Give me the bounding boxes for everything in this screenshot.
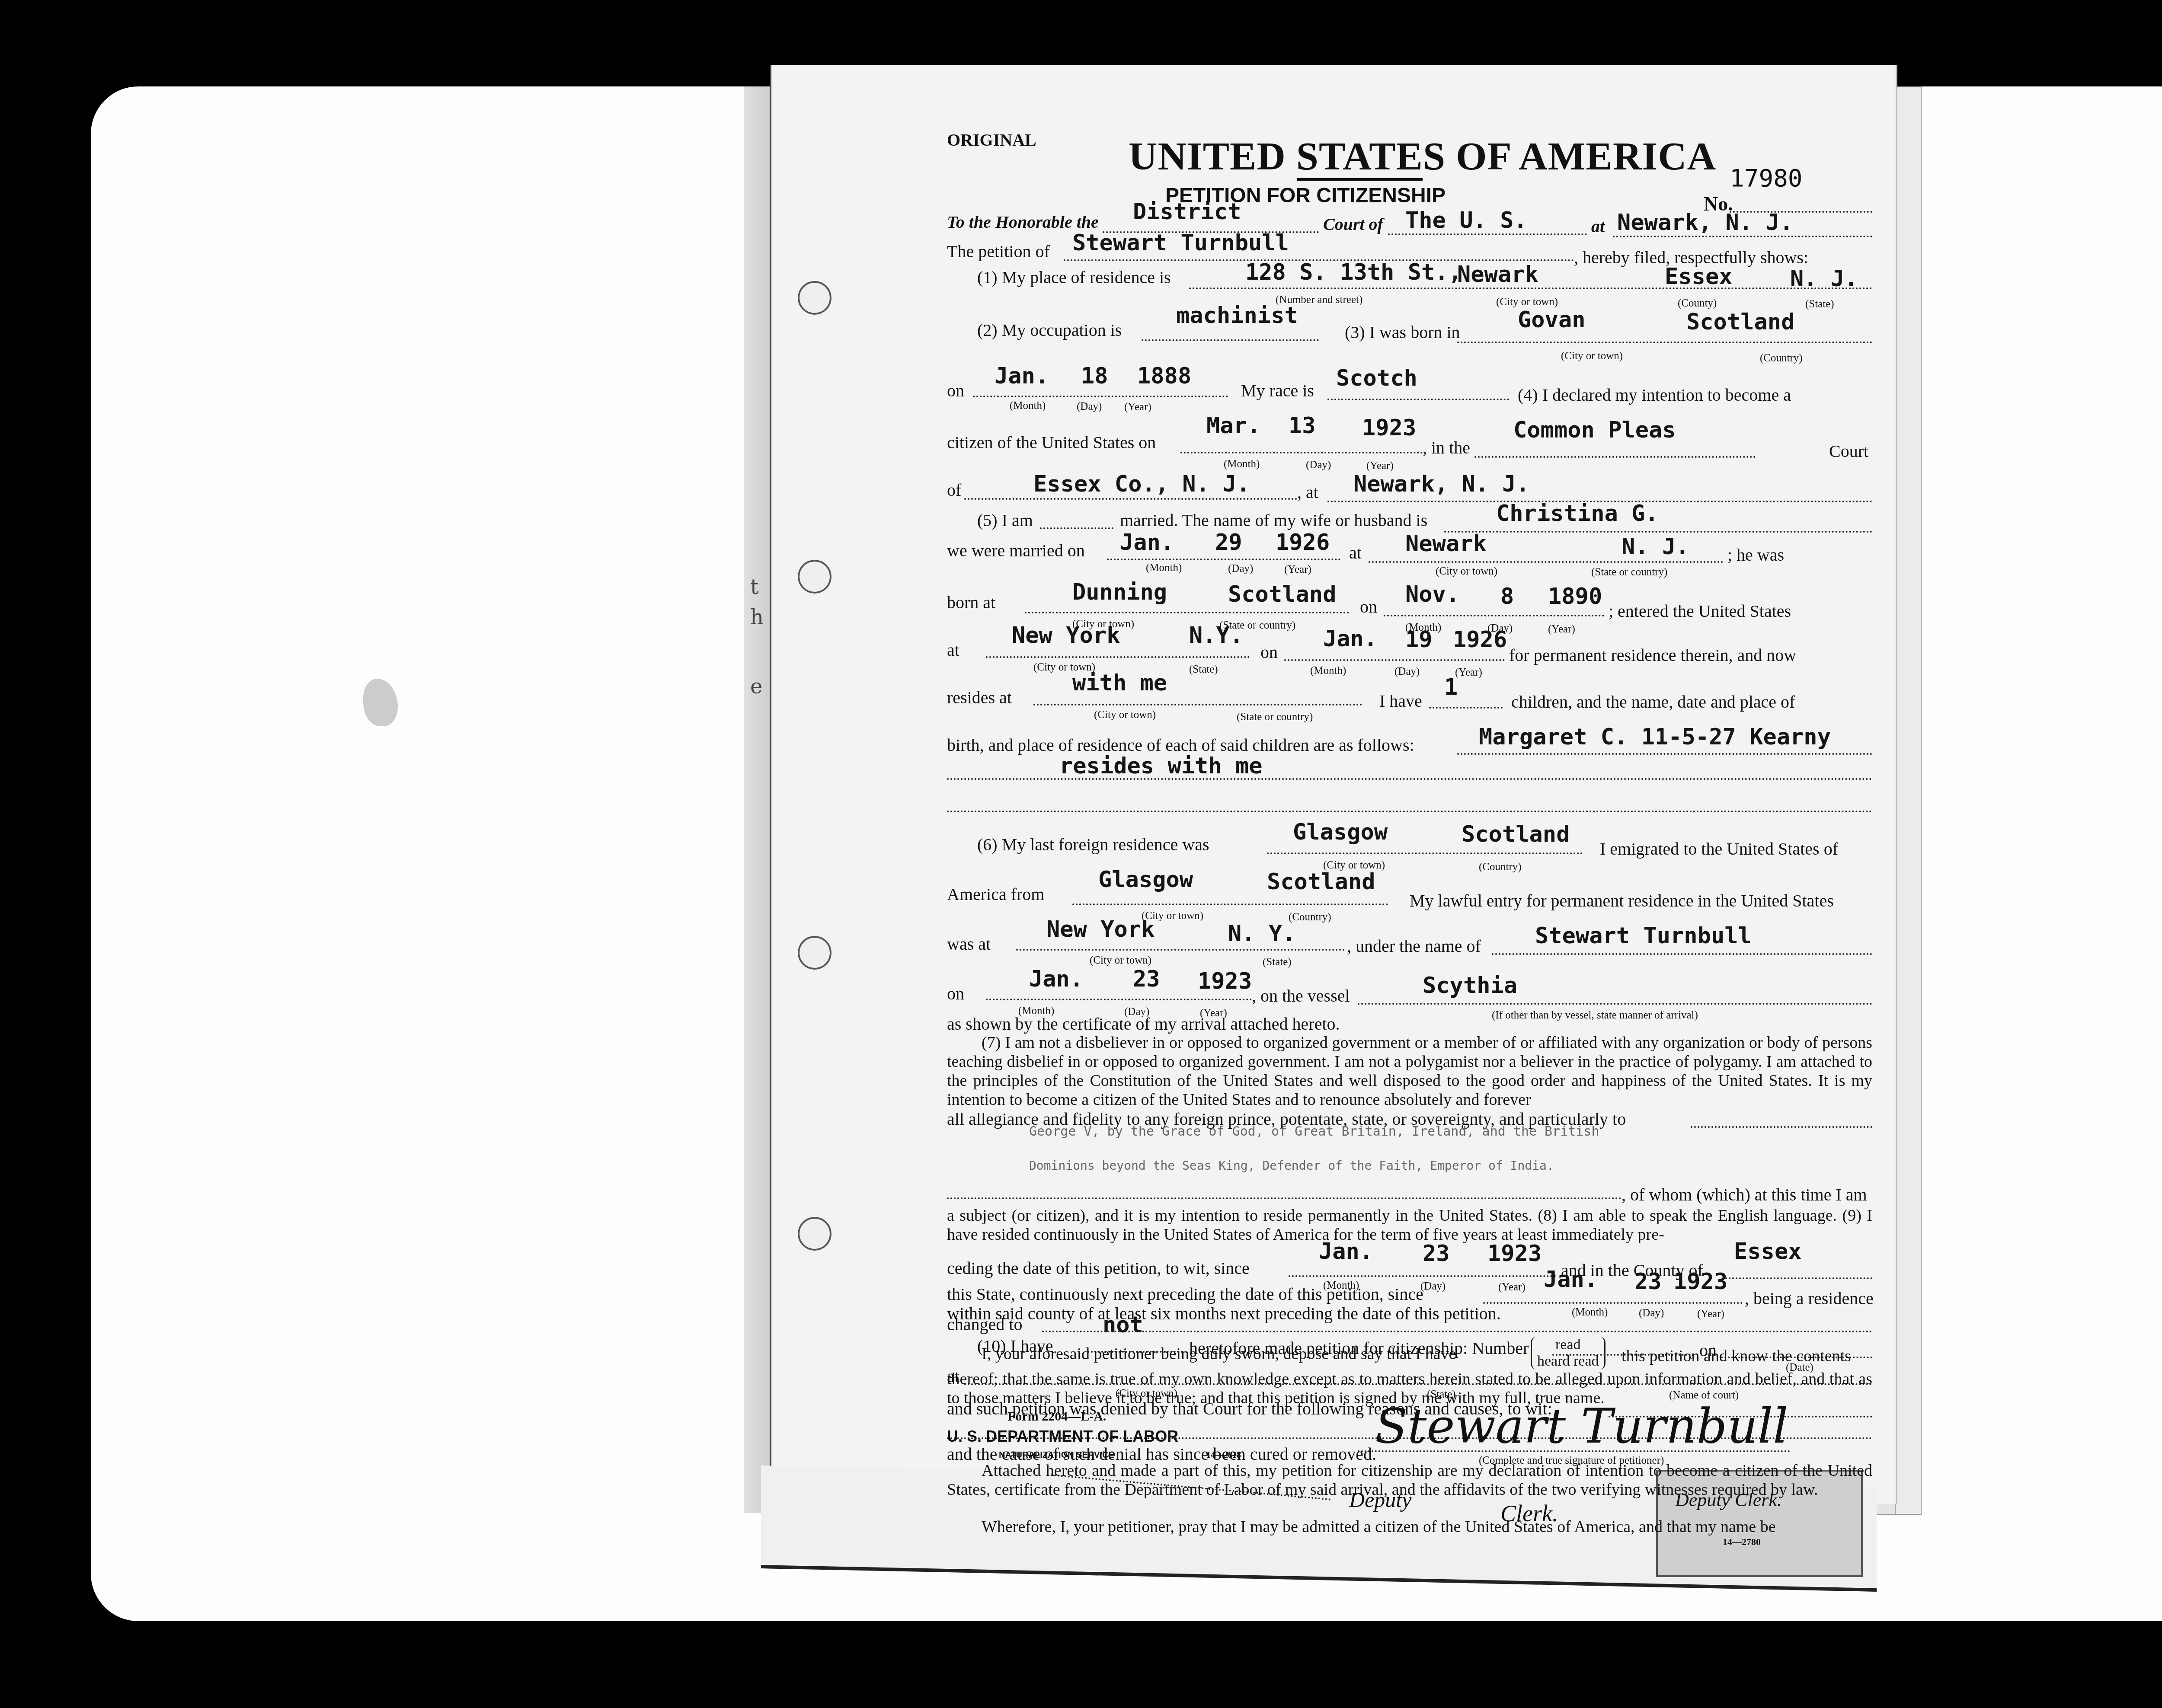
caption-day: (Day) — [1394, 666, 1420, 678]
children-suffix-label: children, and the name, date and place o… — [1511, 692, 1795, 712]
spouse-birth-year-field[interactable]: 1890 — [1548, 584, 1602, 610]
on-label: on — [947, 983, 964, 1004]
born-in-line — [1457, 342, 1872, 343]
tab-form-code: 14—2780 — [1723, 1536, 1761, 1548]
read-option-brace: read heard read — [1531, 1337, 1606, 1370]
marriage-year-field[interactable]: 1926 — [1276, 530, 1330, 555]
document-title: UNITED STATES OF AMERICA — [1129, 133, 1716, 179]
caption-year: (Year) — [1124, 401, 1151, 413]
court-of-line — [1388, 233, 1587, 235]
declaration-of-line — [964, 498, 1297, 500]
hole-punch-icon — [798, 281, 832, 315]
residence-county-field[interactable]: Essex — [1665, 264, 1733, 290]
petition-of-label: The petition of — [947, 241, 1050, 262]
changed-to-line — [1042, 1331, 1872, 1332]
entry-state-field[interactable]: N. Y. — [1228, 921, 1296, 947]
declared-intention-label: (4) I declared my intention to become a — [1518, 385, 1791, 405]
spouse-birth-month-field[interactable]: Nov. — [1405, 581, 1459, 607]
marriage-state-field[interactable]: N. J. — [1621, 534, 1689, 560]
spouse-entry-year-field[interactable]: 1926 — [1453, 627, 1507, 653]
married-on-label: we were married on — [947, 540, 1085, 561]
spouse-entry-month-field[interactable]: Jan. — [1323, 626, 1377, 652]
caption-day: (Day) — [1306, 459, 1331, 471]
children-count-line — [1429, 707, 1503, 709]
marriage-month-field[interactable]: Jan. — [1120, 530, 1174, 555]
caption-city: (City or town) — [1090, 955, 1151, 967]
foreign-residence-line — [1267, 852, 1583, 854]
emigration-city-field[interactable]: Glasgow — [1098, 867, 1193, 893]
residence-line — [1189, 287, 1872, 289]
was-at-label: was at — [947, 934, 991, 954]
service-label: NATURALIZATION SERVICE — [999, 1450, 1114, 1460]
married-status-line — [1040, 527, 1113, 529]
caption-year: (Year) — [1548, 623, 1575, 635]
residence-label: (1) My place of residence is — [977, 267, 1171, 287]
caption-city: (City or town) — [1496, 296, 1558, 308]
permanent-residence-label: for permanent residence therein, and now — [1509, 645, 1796, 665]
spouse-name-label: married. The name of my wife or husband … — [1120, 510, 1427, 530]
entry-name-line — [1492, 953, 1872, 955]
declaration-label: citizen of the United States on — [947, 432, 1156, 453]
stacked-page-edge — [1894, 86, 1922, 1515]
spouse-name-field[interactable]: Christina G. — [1496, 501, 1659, 527]
caption-state-country: (State or country) — [1591, 566, 1667, 578]
arrival-month-field[interactable]: Jan. — [1029, 966, 1083, 992]
court-of-label: Court of — [1323, 214, 1383, 234]
marriage-date-line — [1107, 559, 1340, 560]
court-location-line — [1613, 236, 1872, 237]
petitioner-signature: Stewart Turnbull — [1375, 1398, 1788, 1454]
birth-country-field[interactable]: Scotland — [1686, 309, 1794, 335]
oath-suffix: this petition and know the contents — [1621, 1347, 1851, 1366]
caption-city: (City or town) — [1436, 565, 1497, 578]
at-label: , at — [1297, 482, 1318, 502]
caption-state-country: (State or country) — [1237, 711, 1313, 723]
caption-year: (Year) — [1284, 564, 1311, 576]
title-rule — [1297, 178, 1423, 181]
declaration-year-field[interactable]: 1923 — [1362, 415, 1416, 441]
emigration-country-field[interactable]: Scotland — [1267, 869, 1375, 895]
under-name-label: , under the name of — [1347, 936, 1481, 956]
vessel-field[interactable]: Scythia — [1423, 973, 1517, 999]
option-heard-read: heard read — [1537, 1353, 1599, 1370]
caption-month: (Month) — [1010, 400, 1046, 412]
signature-line — [1358, 1450, 1790, 1452]
caption-day: (Day) — [1077, 401, 1102, 413]
vessel-line — [1358, 1003, 1872, 1005]
occupation-label: (2) My occupation is — [977, 320, 1122, 340]
court-of-field[interactable]: The U. S. — [1405, 208, 1527, 233]
hole-punch-icon — [798, 560, 832, 594]
declaration-at-field[interactable]: Newark, N. J. — [1353, 471, 1529, 497]
entry-place-line — [1016, 949, 1345, 951]
spouse-birth-country-field[interactable]: Scotland — [1228, 581, 1336, 607]
race-line — [1327, 399, 1509, 400]
state-since-line — [1483, 1302, 1743, 1304]
stub-deputy-label: Deputy — [1349, 1487, 1411, 1512]
subject-paragraph: a subject (or citizen), and it is my int… — [947, 1206, 1872, 1244]
resides-at-label: resides at — [947, 687, 1012, 708]
caption-day: (Day) — [1639, 1307, 1664, 1319]
birth-month-field[interactable]: Jan. — [995, 363, 1049, 389]
caption-month: (Month) — [1310, 665, 1346, 677]
since-year-field[interactable]: 1923 — [1487, 1241, 1542, 1267]
petitioner-name-field[interactable]: Stewart Turnbull — [1072, 230, 1289, 256]
spouse-birth-city-field[interactable]: Dunning — [1072, 579, 1167, 605]
caption-state: (State) — [1189, 664, 1218, 676]
changed-to-label: changed to — [947, 1314, 1022, 1334]
emigrated-label: I emigrated to the United States of — [1600, 839, 1838, 859]
children-line3 — [947, 811, 1872, 812]
spouse-residence-field[interactable]: with me — [1072, 670, 1167, 696]
on-label: on — [1360, 597, 1377, 617]
caption-year: (Year) — [1697, 1308, 1724, 1320]
prior-petition-field[interactable]: not — [1103, 1312, 1143, 1338]
department-label: U. S. DEPARTMENT OF LABOR — [947, 1427, 1178, 1446]
page-binding-shadow — [744, 86, 770, 1513]
state-since-year-field[interactable]: 1923 — [1673, 1269, 1727, 1295]
since-label: ceding the date of this petition, to wit… — [947, 1258, 1250, 1278]
form-code: 14—2818 — [1206, 1450, 1241, 1460]
stub-clerk-label: Clerk. — [1500, 1500, 1558, 1527]
children-line1-field[interactable]: Margaret C. 11-5-27 Kearny — [1479, 724, 1831, 750]
birth-date-line — [973, 396, 1228, 397]
bleed-through-mark: e — [750, 674, 762, 699]
spouse-entry-state-field[interactable]: N.Y. — [1189, 623, 1243, 648]
occupation-line — [1142, 339, 1319, 341]
caption-state: (State) — [1805, 298, 1834, 310]
caption-city: (City or town) — [1094, 709, 1156, 721]
sovereign-line — [1691, 1126, 1872, 1128]
caption-month: (Month) — [1572, 1306, 1608, 1319]
caption-day: (Day) — [1420, 1280, 1446, 1293]
since-month-field[interactable]: Jan. — [1319, 1239, 1373, 1264]
petition-number: 17980 — [1730, 164, 1803, 192]
state-since-month-field[interactable]: Jan. — [1544, 1267, 1598, 1293]
foreign-residence-country-field[interactable]: Scotland — [1462, 821, 1570, 847]
oath-prefix: I, your aforesaid petitioner being duly … — [982, 1344, 1456, 1363]
option-read: read — [1537, 1337, 1599, 1353]
america-from-label: America from — [947, 884, 1044, 904]
caption-year: (Year) — [1366, 460, 1394, 472]
race-label: My race is — [1241, 380, 1314, 401]
spouse-residence-line — [1033, 704, 1362, 706]
children-line2 — [947, 778, 1872, 780]
arrival-date-line — [986, 999, 1252, 1000]
sovereign-line-2 — [947, 1197, 1621, 1199]
foreign-residence-label: (6) My last foreign residence was — [977, 834, 1209, 855]
form-number: Form 2204—L-A. — [1007, 1409, 1106, 1424]
sovereign-text-1: George V, by the Grace of God, of Great … — [1029, 1124, 1599, 1139]
caption-month: (Month) — [1146, 562, 1182, 574]
declaration-court-line — [1474, 456, 1756, 458]
original-label: ORIGINAL — [947, 130, 1036, 150]
marriage-city-field[interactable]: Newark — [1405, 531, 1487, 557]
residence-street-field[interactable]: 128 S. 13th St., — [1245, 259, 1462, 285]
county-field[interactable]: Essex — [1734, 1239, 1802, 1264]
bleed-through-mark: t — [750, 575, 758, 599]
entry-at-label: at — [947, 640, 959, 660]
residence-city-field[interactable]: Newark — [1457, 262, 1538, 287]
on-label: on — [1260, 642, 1278, 662]
caption-year: (Year) — [1455, 667, 1482, 679]
hole-punch-icon — [798, 936, 832, 970]
court-suffix-label: Court — [1829, 441, 1868, 461]
sovereign-text-2: Dominions beyond the Seas King, Defender… — [1029, 1159, 1554, 1173]
i-have-label: I have — [1379, 691, 1422, 711]
spouse-name-line — [1444, 531, 1872, 533]
spouse-entry-date-line — [1284, 659, 1505, 661]
entry-city-field[interactable]: New York — [1046, 916, 1155, 942]
within-county-label: within said county of at least six month… — [947, 1303, 1501, 1324]
children-count-field[interactable]: 1 — [1444, 674, 1458, 700]
honorable-label: To the Honorable the — [947, 212, 1099, 232]
spouse-entry-city-field[interactable]: New York — [1012, 623, 1120, 648]
declaration-day-field[interactable]: 13 — [1289, 413, 1316, 439]
spouse-birth-day-field[interactable]: 8 — [1500, 584, 1514, 610]
declaration-of-field[interactable]: Essex Co., N. J. — [1033, 471, 1250, 497]
birth-city-field[interactable]: Govan — [1518, 307, 1586, 333]
lawful-entry-label: My lawful entry for permanent residence … — [1410, 891, 1834, 911]
marriage-at-label: at — [1349, 543, 1362, 563]
caption-county: (County) — [1678, 297, 1717, 310]
spouse-entry-place-line — [986, 656, 1250, 658]
residence-state-field[interactable]: N. J. — [1790, 266, 1858, 292]
entered-us-label: ; entered the United States — [1609, 601, 1791, 621]
caption-vessel: (If other than by vessel, state manner o… — [1492, 1009, 1698, 1022]
foreign-residence-city-field[interactable]: Glasgow — [1293, 819, 1388, 845]
declaration-month-field[interactable]: Mar. — [1206, 413, 1260, 439]
born-in-label: (3) I was born in — [1345, 322, 1460, 342]
born-at-label: born at — [947, 592, 995, 613]
caption-country: (Country) — [1479, 861, 1522, 873]
allegiance-paragraph: (7) I am not a disbeliever in or opposed… — [947, 1033, 1872, 1109]
declaration-date-line — [1180, 452, 1423, 453]
spouse-entry-day-field[interactable]: 19 — [1405, 627, 1433, 653]
since-date-line — [1289, 1275, 1552, 1277]
caption-country: (Country) — [1760, 352, 1803, 364]
entry-name-field[interactable]: Stewart Turnbull — [1535, 923, 1752, 949]
being-residence-label: , being a residence — [1745, 1288, 1874, 1309]
marriage-day-field[interactable]: 29 — [1215, 530, 1242, 555]
children-line2-field[interactable]: resides with me — [1059, 753, 1263, 779]
he-was-label: ; he was — [1727, 545, 1784, 565]
vessel-label: , on the vessel — [1252, 986, 1350, 1006]
wherefore-paragraph: Wherefore, I, your petitioner, pray that… — [947, 1517, 1872, 1536]
i-am-label: (5) I am — [977, 510, 1033, 530]
children-label: birth, and place of residence of each of… — [947, 735, 1414, 755]
children-line1 — [1457, 753, 1872, 755]
caption-day: (Day) — [1228, 563, 1253, 575]
state-since-label: this State, continuously next preceding … — [947, 1284, 1423, 1304]
caption-city: (City or town) — [1561, 350, 1623, 362]
bleed-through-mark: h — [750, 605, 764, 629]
birth-day-field[interactable]: 18 — [1081, 363, 1108, 389]
race-field[interactable]: Scotch — [1336, 365, 1417, 391]
in-the-label: , in the — [1423, 437, 1470, 458]
of-label: of — [947, 480, 961, 500]
caption-state: (State) — [1263, 956, 1292, 968]
arrival-year-field[interactable]: 1923 — [1198, 968, 1252, 994]
hole-punch-icon — [798, 1217, 832, 1251]
emigration-line — [1072, 903, 1388, 905]
court-location-field[interactable]: Newark, N. J. — [1617, 210, 1793, 236]
court-type-field[interactable]: District — [1133, 199, 1241, 225]
caption-month: (Month) — [1224, 458, 1260, 470]
spouse-birthplace-line — [1025, 612, 1349, 613]
on-label: on — [947, 380, 964, 401]
declaration-court-field[interactable]: Common Pleas — [1513, 417, 1676, 443]
marriage-place-line — [1369, 561, 1723, 563]
signature-caption: (Complete and true signature of petition… — [1479, 1455, 1664, 1467]
county-line — [1725, 1277, 1872, 1279]
occupation-field[interactable]: machinist — [1176, 303, 1298, 329]
birth-year-field[interactable]: 1888 — [1137, 363, 1191, 389]
since-day-field[interactable]: 23 — [1423, 1241, 1450, 1267]
state-since-day-field[interactable]: 23 — [1634, 1269, 1662, 1295]
at-label: at — [1591, 216, 1605, 236]
arrival-day-field[interactable]: 23 — [1133, 966, 1160, 992]
caption-year: (Year) — [1498, 1281, 1526, 1293]
certificate-label: as shown by the certificate of my arriva… — [947, 1014, 1340, 1034]
spouse-birthdate-line — [1384, 615, 1604, 616]
whom-label: , of whom (which) at this time I am — [1621, 1184, 1867, 1205]
